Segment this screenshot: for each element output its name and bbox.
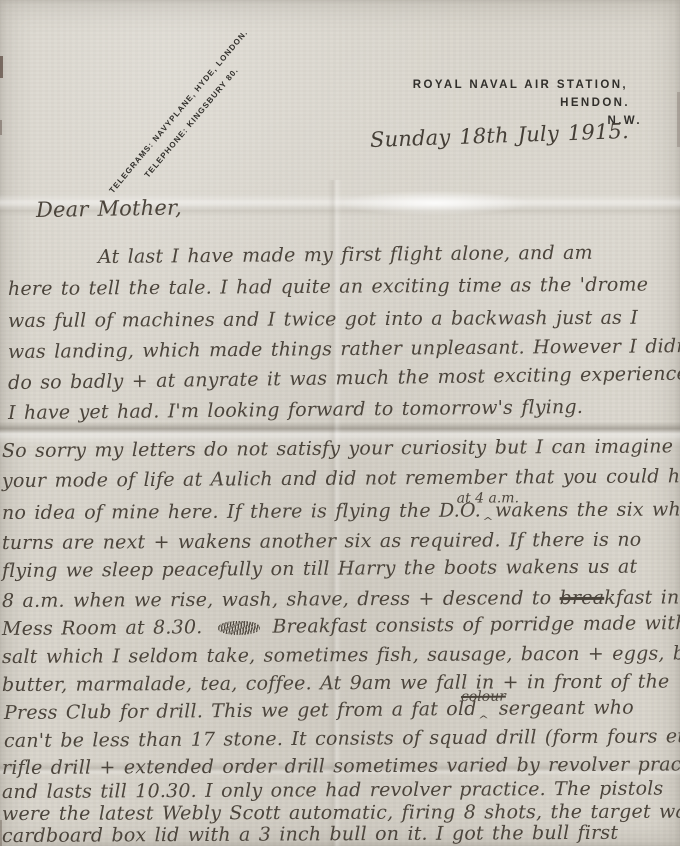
- handwritten-line: At last I have made my first flight alon…: [98, 242, 593, 268]
- struck-text: brea: [560, 587, 605, 609]
- handwritten-line: turns are next + wakens another six as r…: [2, 529, 642, 554]
- insertion-point: at 4 a.m.^: [481, 504, 495, 516]
- handwritten-line: cardboard box lid with a 3 inch bull on …: [2, 822, 618, 846]
- handwritten-line: was landing, which made things rather un…: [8, 335, 680, 363]
- line-text: Breakfast consists of porridge made with…: [272, 612, 680, 638]
- handwritten-line: can't be less than 17 stone. It consists…: [4, 725, 680, 752]
- inserted-text: at 4 a.m.: [457, 490, 519, 506]
- fold-shine-highlight: [340, 190, 530, 216]
- letterhead-station-town: HENDON.: [560, 97, 630, 109]
- handwritten-line: salt which I seldom take, sometimes fish…: [2, 642, 680, 668]
- line-text: 8 a.m. when we rise, wash, shave, dress …: [2, 587, 560, 612]
- inserted-text: colour: [461, 689, 506, 705]
- handwritten-line: I have yet had. I'm looking forward to t…: [8, 396, 583, 424]
- handwritten-line: no idea of mine here. If there is flying…: [2, 498, 680, 524]
- handwritten-line: was full of machines and I twice got int…: [8, 307, 638, 332]
- handwritten-line: do so badly + at anyrate it was much the…: [8, 363, 680, 394]
- handwritten-line: here to tell the tale. I had quite an ex…: [8, 274, 648, 300]
- handwritten-line: 8 a.m. when we rise, wash, shave, dress …: [2, 586, 680, 612]
- letterhead-telegrams: TELEGRAMS: NAVYPLANE, HYDE, LONDON.: [104, 26, 252, 198]
- edge-blemish: [0, 120, 2, 135]
- line-text: wakens the six whose: [495, 498, 680, 521]
- salutation: Dear Mother,: [36, 195, 182, 222]
- handwritten-line: So sorry my letters do not satisfy your …: [2, 435, 673, 462]
- letter-page: TELEGRAMS: NAVYPLANE, HYDE, LONDON. TELE…: [0, 0, 680, 846]
- handwritten-line: flying we sleep peacefully on till Harry…: [2, 556, 637, 582]
- handwritten-line: Mess Room at 8.30.Breakfast consists of …: [2, 612, 680, 640]
- insertion-point: colour^: [476, 703, 490, 715]
- date-line: Sunday 18th July 1915.: [370, 119, 630, 152]
- letterhead-contact-block: TELEGRAMS: NAVYPLANE, HYDE, LONDON. TELE…: [104, 26, 265, 209]
- handwritten-line: rifle drill + extended order drill somet…: [2, 753, 680, 779]
- line-text: kfast in the: [604, 586, 680, 609]
- line-text: no idea of mine here. If there is flying…: [2, 499, 481, 524]
- line-text: Mess Room at 8.30.: [2, 616, 203, 640]
- scribbled-out-word: [218, 621, 260, 635]
- letterhead-telephone: TELEPHONE: KINGSBURY 80.: [118, 37, 266, 209]
- line-text: Press Club for drill. This we get from a…: [4, 698, 477, 724]
- handwritten-line: Press Club for drill. This we get from a…: [4, 697, 634, 724]
- line-text: sergeant who: [490, 697, 633, 720]
- caret-mark: ^: [482, 516, 493, 528]
- handwritten-line: butter, marmalade, tea, coffee. At 9am w…: [2, 671, 670, 696]
- caret-mark: ^: [478, 714, 489, 726]
- handwritten-line: your mode of life at Aulich and did not …: [2, 465, 680, 492]
- edge-blemish: [0, 56, 3, 78]
- handwritten-line: and lasts till 10.30. I only once had re…: [2, 778, 664, 803]
- letterhead-station-name: ROYAL NAVAL AIR STATION,: [413, 79, 628, 91]
